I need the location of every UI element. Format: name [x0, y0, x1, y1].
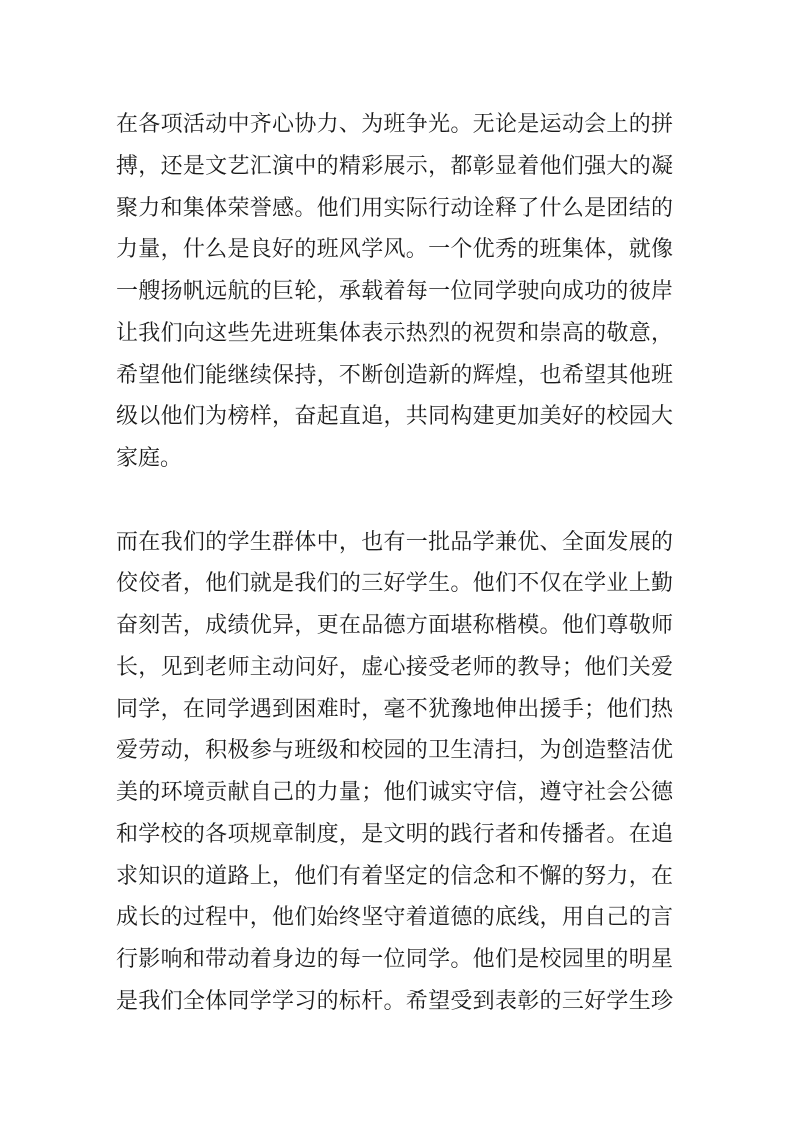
text-line: 让我们向这些先进班集体表示热烈的祝贺和崇高的敬意，: [116, 312, 673, 354]
text-line: 同学，在同学遇到困难时，毫不犹豫地伸出援手；他们热: [116, 688, 673, 730]
text-line: 奋刻苦，成绩优异，更在品德方面堪称楷模。他们尊敬师: [116, 604, 673, 646]
text-line: 家庭。: [116, 437, 673, 479]
document-text-block: 在各项活动中齐心协力、为班争光。无论是运动会上的拼搏，还是文艺汇演中的精彩展示，…: [116, 103, 673, 1022]
document-page: 在各项活动中齐心协力、为班争光。无论是运动会上的拼搏，还是文艺汇演中的精彩展示，…: [0, 0, 793, 1122]
text-line: 聚力和集体荣誉感。他们用实际行动诠释了什么是团结的: [116, 187, 673, 229]
text-line: 爱劳动，积极参与班级和校园的卫生清扫，为创造整洁优: [116, 729, 673, 771]
text-line: 成长的过程中，他们始终坚守着道德的底线，用自己的言: [116, 896, 673, 938]
text-line: 行影响和带动着身边的每一位同学。他们是校园里的明星: [116, 938, 673, 980]
text-line: 一艘扬帆远航的巨轮，承载着每一位同学驶向成功的彼岸: [116, 270, 673, 312]
paragraph: 在各项活动中齐心协力、为班争光。无论是运动会上的拼搏，还是文艺汇演中的精彩展示，…: [116, 103, 673, 479]
text-line: 力量，什么是良好的班风学风。一个优秀的班集体，就像: [116, 228, 673, 270]
text-line: 级以他们为榜样，奋起直追，共同构建更加美好的校园大: [116, 395, 673, 437]
text-line: 求知识的道路上，他们有着坚定的信念和不懈的努力，在: [116, 855, 673, 897]
text-line: 而在我们的学生群体中，也有一批品学兼优、全面发展的: [116, 521, 673, 563]
text-line: 希望他们能继续保持，不断创造新的辉煌，也希望其他班: [116, 354, 673, 396]
text-line: 在各项活动中齐心协力、为班争光。无论是运动会上的拼: [116, 103, 673, 145]
text-line: 是我们全体同学学习的标杆。希望受到表彰的三好学生珍: [116, 980, 673, 1022]
paragraph: 而在我们的学生群体中，也有一批品学兼优、全面发展的佼佼者，他们就是我们的三好学生…: [116, 521, 673, 1022]
text-line: 和学校的各项规章制度，是文明的践行者和传播者。在追: [116, 813, 673, 855]
text-line: 长，见到老师主动问好，虚心接受老师的教导；他们关爱: [116, 646, 673, 688]
text-line: 佼佼者，他们就是我们的三好学生。他们不仅在学业上勤: [116, 562, 673, 604]
text-line: 美的环境贡献自己的力量；他们诚实守信，遵守社会公德: [116, 771, 673, 813]
text-line: 搏，还是文艺汇演中的精彩展示，都彰显着他们强大的凝: [116, 145, 673, 187]
